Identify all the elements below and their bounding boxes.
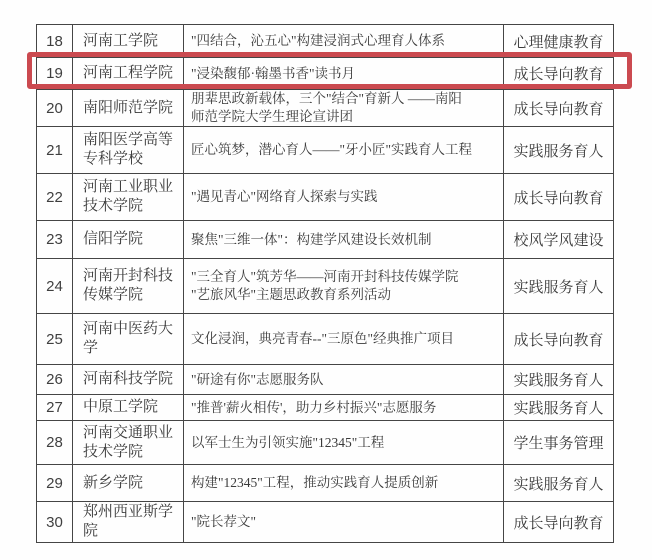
institution-cell: 河南工学院 — [73, 25, 184, 58]
institution-cell: 河南工业职业 技术学院 — [73, 174, 184, 221]
program-cell: "遇见青心"网络育人探索与实践 — [184, 174, 504, 221]
row-number-cell: 21 — [37, 127, 73, 174]
program-cell: "院长荐文" — [184, 502, 504, 543]
institution-cell: 河南工程学院 — [73, 58, 184, 90]
category-cell: 成长导向教育 — [504, 314, 614, 365]
category-cell: 校风学风建设 — [504, 221, 614, 259]
category-cell: 实践服务育人 — [504, 127, 614, 174]
program-cell: 文化浸润，典亮青春--"三原色"经典推广项目 — [184, 314, 504, 365]
program-cell: 聚焦"三维一体"：构建学风建设长效机制 — [184, 221, 504, 259]
row-number-cell: 24 — [37, 259, 73, 314]
institution-cell: 南阳师范学院 — [73, 90, 184, 127]
award-list-table: 18 河南工学院 "四结合，沁五心"构建浸润式心理育人体系 心理健康教育 19 … — [36, 24, 614, 543]
program-cell: "四结合，沁五心"构建浸润式心理育人体系 — [184, 25, 504, 58]
row-number-cell: 25 — [37, 314, 73, 365]
program-cell: 构建"12345"工程，推动实践育人提质创新 — [184, 465, 504, 502]
table-row: 18 河南工学院 "四结合，沁五心"构建浸润式心理育人体系 心理健康教育 — [37, 25, 614, 58]
row-number-cell: 26 — [37, 365, 73, 395]
row-number-cell: 29 — [37, 465, 73, 502]
table-row: 30 郑州西亚斯学 院 "院长荐文" 成长导向教育 — [37, 502, 614, 543]
program-cell: 朋辈思政新载体，三个"结合"育新人 ——南阳 师范学院大学生理论宣讲团 — [184, 90, 504, 127]
row-number-cell: 27 — [37, 395, 73, 421]
program-cell: 以军士生为引领实施"12345"工程 — [184, 421, 504, 465]
program-cell: "研途有你"志愿服务队 — [184, 365, 504, 395]
category-cell: 成长导向教育 — [504, 502, 614, 543]
institution-cell: 河南交通职业 技术学院 — [73, 421, 184, 465]
category-cell: 成长导向教育 — [504, 90, 614, 127]
table-row: 22 河南工业职业 技术学院 "遇见青心"网络育人探索与实践 成长导向教育 — [37, 174, 614, 221]
program-cell: "三全育人"筑芳华——河南开封科技传媒学院 "艺旅风华"主题思政教育系列活动 — [184, 259, 504, 314]
category-cell: 实践服务育人 — [504, 365, 614, 395]
category-cell: 心理健康教育 — [504, 25, 614, 58]
category-cell: 成长导向教育 — [504, 174, 614, 221]
institution-cell: 河南科技学院 — [73, 365, 184, 395]
row-number-cell: 18 — [37, 25, 73, 58]
row-number-cell: 28 — [37, 421, 73, 465]
table-row: 28 河南交通职业 技术学院 以军士生为引领实施"12345"工程 学生事务管理 — [37, 421, 614, 465]
table-row: 24 河南开封科技 传媒学院 "三全育人"筑芳华——河南开封科技传媒学院 "艺旅… — [37, 259, 614, 314]
category-cell: 实践服务育人 — [504, 259, 614, 314]
row-number-cell: 23 — [37, 221, 73, 259]
table-row: 21 南阳医学高等 专科学校 匠心筑梦，潜心育人——"牙小匠"实践育人工程 实践… — [37, 127, 614, 174]
category-cell: 实践服务育人 — [504, 395, 614, 421]
row-number-cell: 30 — [37, 502, 73, 543]
row-number-cell: 20 — [37, 90, 73, 127]
table-row: 25 河南中医药大 学 文化浸润，典亮青春--"三原色"经典推广项目 成长导向教… — [37, 314, 614, 365]
category-cell: 成长导向教育 — [504, 58, 614, 90]
row-number-cell: 19 — [37, 58, 73, 90]
row-number-cell: 22 — [37, 174, 73, 221]
table-row: 20 南阳师范学院 朋辈思政新载体，三个"结合"育新人 ——南阳 师范学院大学生… — [37, 90, 614, 127]
institution-cell: 新乡学院 — [73, 465, 184, 502]
table-row-highlighted: 19 河南工程学院 "浸染馥郁·翰墨书香"读书月 成长导向教育 — [37, 58, 614, 90]
table-row: 26 河南科技学院 "研途有你"志愿服务队 实践服务育人 — [37, 365, 614, 395]
institution-cell: 河南开封科技 传媒学院 — [73, 259, 184, 314]
table-row: 29 新乡学院 构建"12345"工程，推动实践育人提质创新 实践服务育人 — [37, 465, 614, 502]
table-row: 23 信阳学院 聚焦"三维一体"：构建学风建设长效机制 校风学风建设 — [37, 221, 614, 259]
institution-cell: 信阳学院 — [73, 221, 184, 259]
category-cell: 学生事务管理 — [504, 421, 614, 465]
institution-cell: 郑州西亚斯学 院 — [73, 502, 184, 543]
institution-cell: 南阳医学高等 专科学校 — [73, 127, 184, 174]
institution-cell: 中原工学院 — [73, 395, 184, 421]
program-cell: "浸染馥郁·翰墨书香"读书月 — [184, 58, 504, 90]
category-cell: 实践服务育人 — [504, 465, 614, 502]
program-cell: 匠心筑梦，潜心育人——"牙小匠"实践育人工程 — [184, 127, 504, 174]
table-row: 27 中原工学院 "推普'薪火相传'，助力乡村振兴"志愿服务 实践服务育人 — [37, 395, 614, 421]
institution-cell: 河南中医药大 学 — [73, 314, 184, 365]
program-cell: "推普'薪火相传'，助力乡村振兴"志愿服务 — [184, 395, 504, 421]
document-page: 18 河南工学院 "四结合，沁五心"构建浸润式心理育人体系 心理健康教育 19 … — [0, 0, 652, 560]
